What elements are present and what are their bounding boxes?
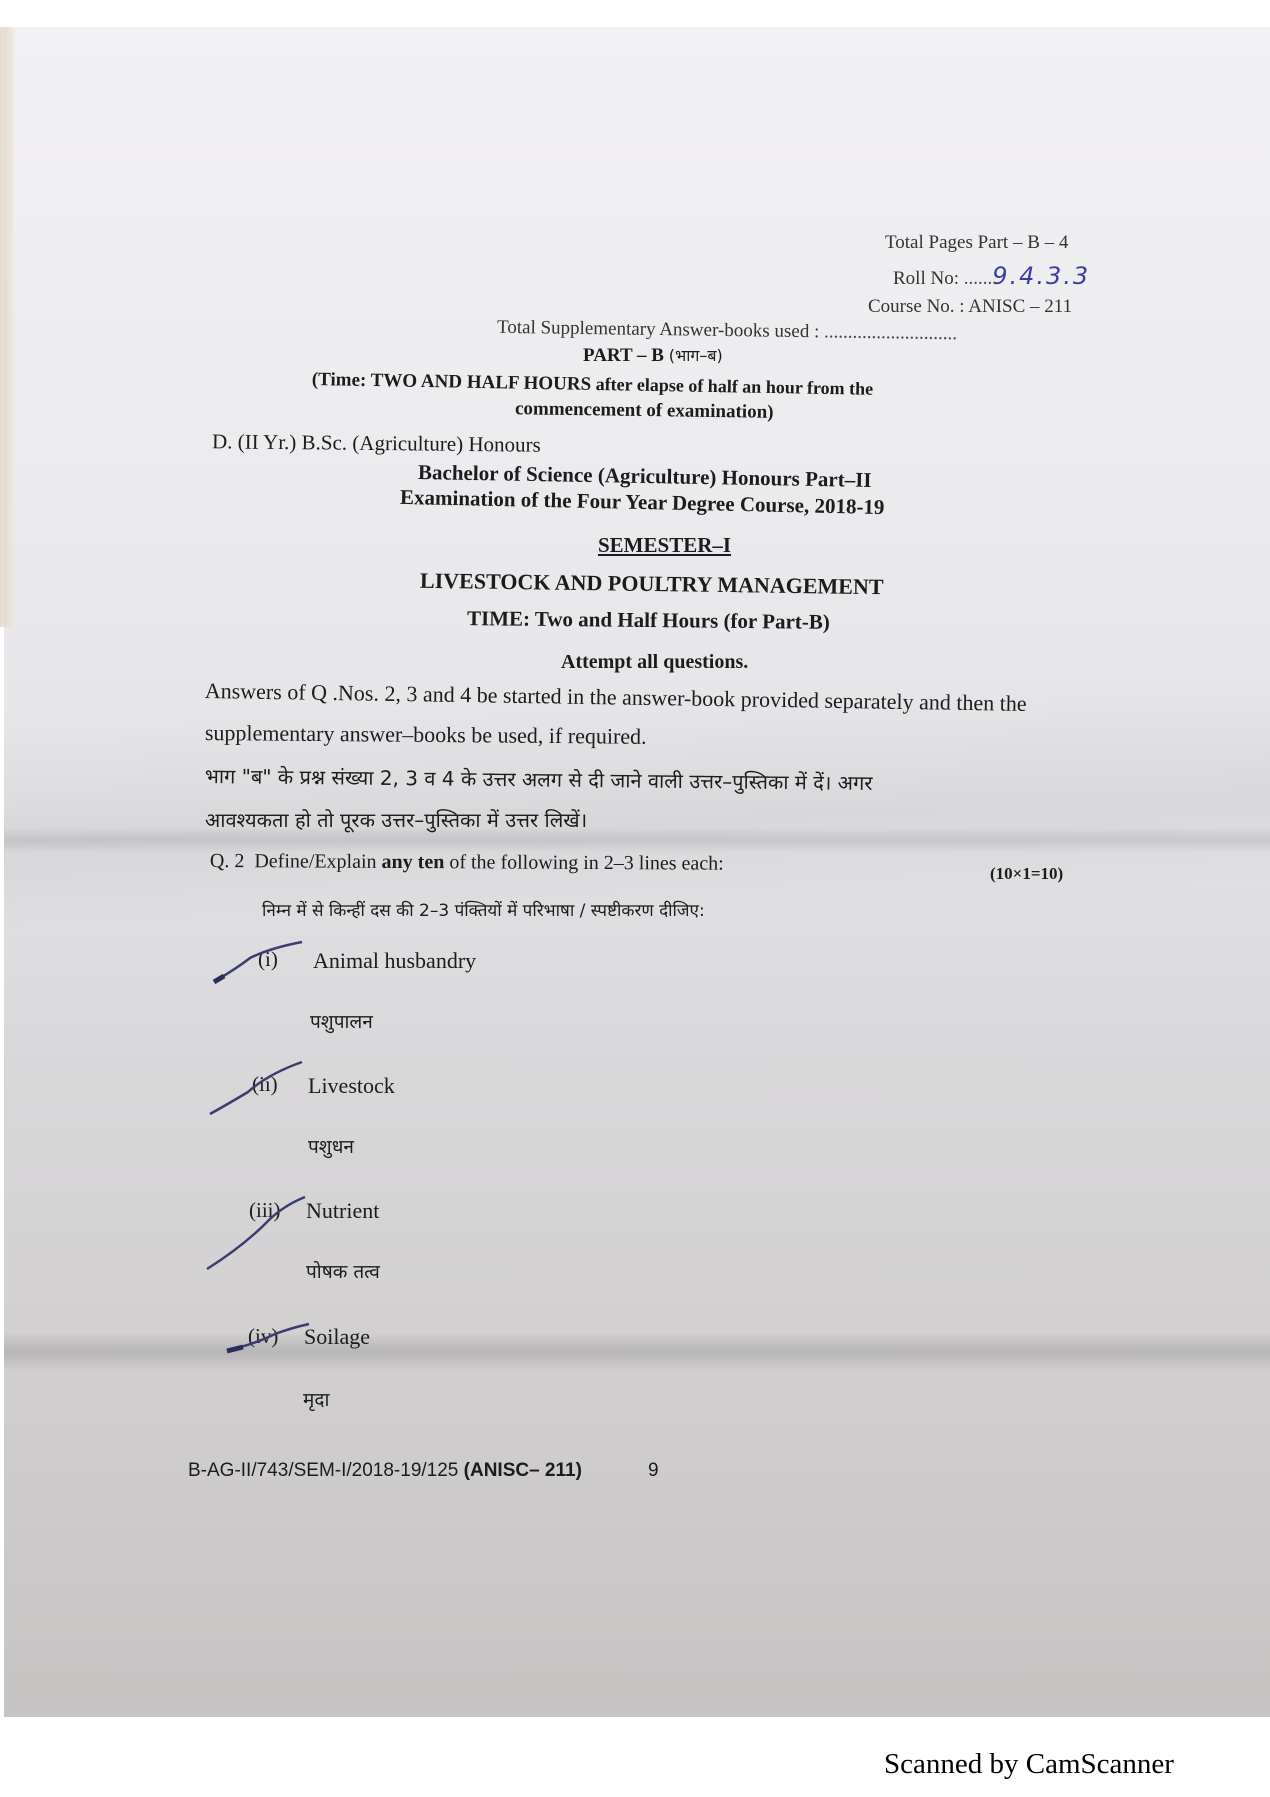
roll-number-label: Roll No:	[893, 268, 964, 289]
item-hindi: मृदा	[303, 1386, 329, 1412]
paper-fold-shadow	[4, 827, 1270, 853]
supplementary-books-dots: ............................	[824, 321, 957, 344]
item-hindi: पशुधन	[308, 1133, 354, 1159]
question-text: Q. 2 Define/Explain any ten of the follo…	[210, 850, 724, 876]
item-hindi: पोषक तत्व	[306, 1258, 380, 1284]
part-heading: PART – B (भाग–ब)	[583, 344, 723, 367]
roll-number-value: 9.4.3.3	[992, 262, 1090, 290]
instruction-english-line2: supplementary answer–books be used, if r…	[205, 722, 647, 748]
checkmark-icon	[205, 1195, 315, 1275]
item-english: Nutrient	[306, 1198, 379, 1224]
instruction-hindi-line2: आवश्यकता हो तो पूरक उत्तर–पुस्तिका में उ…	[205, 806, 587, 833]
attempt-all-note: Attempt all questions.	[561, 651, 748, 674]
time-note-line2: commencement of examination)	[515, 398, 774, 424]
semester-heading: SEMESTER–I	[598, 533, 731, 558]
roll-number-dots: ......	[964, 268, 993, 289]
page-number: 9	[648, 1460, 659, 1482]
checkmark-icon	[208, 1058, 308, 1123]
paper-code: B-AG-II/743/SEM-I/2018-19/125 (ANISC– 21…	[188, 1460, 582, 1482]
part-label-hindi: (भाग–ब)	[669, 346, 723, 365]
checkmark-icon	[210, 938, 310, 988]
question-number: Q. 2	[210, 850, 245, 872]
roll-number-field: Roll No: ......9.4.3.3	[893, 262, 1090, 290]
degree-label: D. (II Yr.) B.Sc. (Agriculture) Honours	[212, 429, 541, 457]
course-number: Course No. : ANISC – 211	[868, 296, 1072, 318]
part-label: PART – B	[583, 345, 664, 366]
question-marks: (10×1=10)	[990, 864, 1063, 884]
camscanner-watermark: Scanned by CamScanner	[884, 1748, 1174, 1781]
supplementary-books-label: Total Supplementary Answer-books used :	[497, 317, 824, 343]
total-pages-label: Total Pages Part – B – 4	[885, 232, 1068, 254]
time-heading: TIME: Two and Half Hours (for Part-B)	[467, 606, 830, 635]
item-hindi: पशुपालन	[310, 1008, 373, 1034]
item-english: Livestock	[308, 1073, 395, 1099]
checkmark-icon	[225, 1320, 315, 1360]
paper-fold-shadow	[4, 1332, 1270, 1372]
question-hindi: निम्न में से किन्हीं दस की 2–3 पंक्तियों…	[262, 898, 705, 921]
item-english: Animal husbandry	[313, 948, 476, 974]
